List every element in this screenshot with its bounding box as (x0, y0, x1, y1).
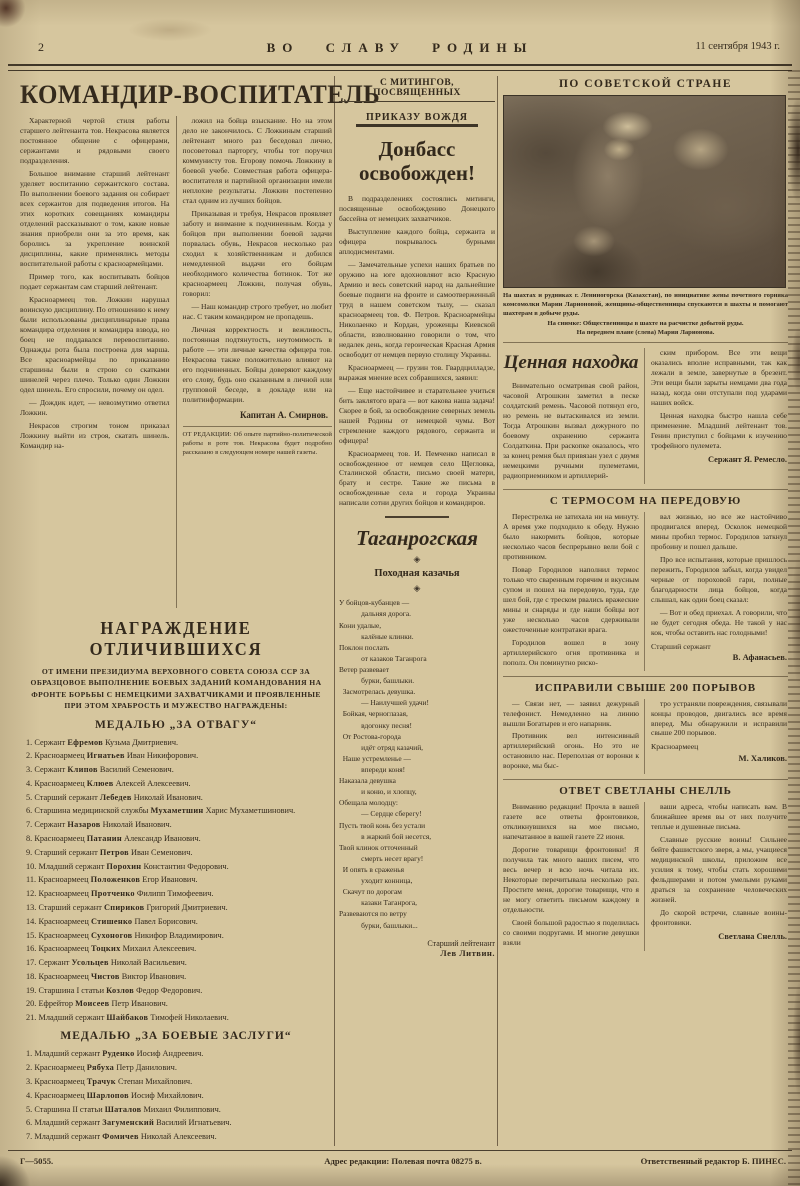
award-name: Кузьма Дмитриевич. (105, 738, 178, 747)
award-rank: Младший сержант (38, 862, 104, 871)
award-rank: Младший сержант (34, 1118, 100, 1127)
paragraph: Городилов вошел в зону артиллерийского о… (503, 638, 639, 668)
paragraph: Повар Городилов наполнил термос только ч… (503, 565, 639, 635)
section-rule (503, 676, 788, 677)
poem-title: Таганрогская (339, 526, 495, 551)
paragraph: До скорой встречи, славные воины-фронтов… (651, 908, 787, 928)
award-rank: Красноармеец (38, 875, 88, 884)
award-name: Егор Иванович. (142, 875, 197, 884)
section-rule (503, 342, 788, 343)
awards-section: НАГРАЖДЕНИЕ ОТЛИЧИВШИХСЯ ОТ ИМЕНИ ПРЕЗИД… (20, 618, 332, 1142)
repairs-subcolumn-1: — Связи нет, — заявил дежурный телефонис… (503, 699, 645, 775)
award-rank: Старшина II статьи (34, 1105, 102, 1114)
paragraph: — Еще настойчивее и старательнее учиться… (339, 386, 495, 446)
award-list-item: 15. Красноармеец Сухоногов Никифор Влади… (20, 930, 332, 941)
award-rank: Красноармеец (38, 944, 88, 953)
right-column: ПО СОВЕТСКОЙ СТРАНЕ На шахтах и рудниках… (503, 78, 788, 951)
thermos-subcolumn-1: Перестрелка не затихала ни на минуту. А … (503, 512, 645, 671)
award-name: Василий Игнатьевич. (156, 1118, 231, 1127)
award-surname: Клюев (87, 779, 114, 788)
award-name: Тимофей Николаевич. (150, 1013, 228, 1022)
award-rank: Красноармеец (34, 834, 84, 843)
award-list-item: 4. Красноармеец Клюев Алексей Алексеевич… (20, 778, 332, 789)
award-name: Николай Иванович. (103, 820, 172, 829)
poem-line: и коню, и хлопцу, (339, 786, 495, 797)
poem-line: Скачут по дорогам (339, 886, 495, 897)
poem-line: впереди коня! (339, 764, 495, 775)
medal-heading-otvaga: МЕДАЛЬЮ „ЗА ОТВАГУ“ (20, 719, 332, 731)
award-rank: Красноармеец (38, 889, 88, 898)
masthead-title: ВО СЛАВУ РОДИНЫ (10, 40, 790, 56)
award-list-item: 1. Сержант Ефремов Кузьма Дмитриевич. (20, 737, 332, 748)
caption-line: На переднем плане (слева) Мария Ларионов… (503, 328, 788, 337)
award-list-item: 14. Красноармеец Стишенко Павел Борисови… (20, 916, 332, 927)
paragraph: Характерной чертой стиля работы старшего… (20, 116, 170, 166)
award-number: 9. (26, 848, 32, 857)
poem-line: Засмотрелась девушка. (339, 686, 495, 697)
poem-line: смерть несет врагу! (339, 853, 495, 864)
award-surname: Стишенко (91, 917, 132, 926)
award-name: Павел Борисович. (134, 917, 197, 926)
svetlana-subcolumn-2: ваши адреса, чтобы написать вам. В ближа… (651, 802, 787, 951)
award-number: 8. (26, 834, 32, 843)
poem-line: Бойкая, черноглазая, (339, 708, 495, 719)
poem-line: Наказала девушка (339, 775, 495, 786)
award-number: 7. (26, 1132, 32, 1141)
section-rule (503, 489, 788, 490)
signature-rank: Красноармеец (651, 742, 787, 752)
award-surname: Протченко (91, 889, 135, 898)
award-surname: Трачук (87, 1077, 116, 1086)
section-separator (385, 516, 449, 518)
award-number: 16. (26, 944, 36, 953)
award-list-item: 10. Младший сержант Порохин Константин Ф… (20, 861, 332, 872)
find-subcolumn-2: ским прибором. Все эти вещи оказались вп… (651, 348, 787, 484)
poem-line: уходит конница, (339, 875, 495, 886)
award-list-item: 3. Красноармеец Трачук Степан Михайлович… (20, 1076, 332, 1087)
award-number: 20. (26, 999, 36, 1008)
award-number: 3. (26, 765, 32, 774)
award-name: Иван Семенович. (131, 848, 192, 857)
poem-line: дальняя дорога. (339, 608, 495, 619)
award-surname: Руденко (102, 1049, 134, 1058)
award-surname: Моисеев (75, 999, 109, 1008)
paragraph: Внимательно осматривая свой район, часов… (503, 381, 639, 481)
paragraph: Противник вел интенсивный артиллерийский… (503, 731, 639, 771)
paragraph: Своей большой радостью я поделилась со с… (503, 918, 639, 948)
award-rank: Младший сержант (38, 1013, 104, 1022)
find-subcolumn-1: Ценная находка Внимательно осматривая св… (503, 348, 645, 484)
award-rank: Красноармеец (38, 931, 88, 940)
awards-title: НАГРАЖДЕНИЕ ОТЛИЧИВШИХСЯ (32, 618, 319, 660)
left-column: КОМАНДИР-ВОСПИТАТЕЛЬ Характерной чертой … (20, 80, 332, 1145)
commander-subcolumn-2: ложил на бойца взыскание. Но на этом дел… (183, 116, 333, 608)
paragraph: Некрасов строгим тоном приказал Ложкину … (20, 421, 170, 451)
kicker-line1: С МИТИНГОВ, ПОСВЯЩЕННЫХ (339, 78, 495, 102)
award-rank: Старшина I статьи (38, 986, 104, 995)
article-signature: Светлана Снелль. (651, 931, 787, 942)
section-heading-soviet-country: ПО СОВЕТСКОЙ СТРАНЕ (503, 78, 788, 90)
poem-line: казаки Таганрога, (339, 897, 495, 908)
award-number: 1. (26, 1049, 32, 1058)
award-number: 18. (26, 972, 36, 981)
award-number: 17. (26, 958, 36, 967)
award-surname: Положенков (91, 875, 141, 884)
poem-line: От Ростова-города (339, 731, 495, 742)
award-number: 21. (26, 1013, 36, 1022)
issue-date: 11 сентября 1943 г. (695, 41, 780, 52)
award-name: Петр Данилович. (116, 1063, 177, 1072)
award-name: Никифор Владимирович. (135, 931, 224, 940)
award-rank: Красноармеец (34, 751, 84, 760)
award-rank: Сержант (34, 820, 65, 829)
photo-caption: На шахтах и рудниках г. Лениногорска (Ка… (503, 291, 788, 337)
page-header: 2 ВО СЛАВУ РОДИНЫ 11 сентября 1943 г. (10, 36, 790, 60)
poem-line: Пусть твой конь без устали (339, 820, 495, 831)
thermos-subcolumn-2: вал жизнью, но все же настойчиво продвиг… (651, 512, 787, 671)
mine-photo (503, 95, 786, 288)
article-thermos: С ТЕРМОСОМ НА ПЕРЕДОВУЮ Перестрелка не з… (503, 495, 788, 671)
award-list-item: 2. Красноармеец Игнатьев Иван Никифорови… (20, 750, 332, 761)
poem-signature-rank: Старший лейтенант (339, 939, 495, 948)
award-rank: Ефрейтор (38, 999, 73, 1008)
award-name: Федор Федорович. (136, 986, 202, 995)
award-list-item: 5. Старший сержант Лебедев Николай Ивано… (20, 792, 332, 803)
award-number: 2. (26, 1063, 32, 1072)
article-title-svetlana: ОТВЕТ СВЕТЛАНЫ СНЕЛЛЬ (503, 785, 788, 797)
award-list-item: 9. Старший сержант Петров Иван Семенович… (20, 847, 332, 858)
award-rank: Старший сержант (34, 793, 97, 802)
award-number: 13. (26, 903, 36, 912)
poem-signature: Старший лейтенант Лев Литвин. (339, 939, 495, 958)
svetlana-subcolumn-1: Вниманию редакции! Прочла в вашей газете… (503, 802, 645, 951)
award-list-item: 20. Ефрейтор Моисеев Петр Иванович. (20, 998, 332, 1009)
award-number: 12. (26, 889, 36, 898)
article-signature: Сержант Я. Ремесло. (651, 454, 787, 465)
award-rank: Старший сержант (34, 848, 97, 857)
award-list-item: 8. Красноармеец Патанин Александр Иванов… (20, 833, 332, 844)
award-rank: Старший сержант (38, 903, 101, 912)
poem-line: от казаков Таганрога (339, 653, 495, 664)
paragraph: — Замечательные успехи наших братьев по … (339, 260, 495, 360)
award-number: 11. (26, 875, 36, 884)
award-name: Григорий Дмитриевич. (146, 903, 227, 912)
article-svetlana: ОТВЕТ СВЕТЛАНЫ СНЕЛЛЬ Вниманию редакции!… (503, 785, 788, 951)
award-list-item: 17. Сержант Усольцев Николай Васильевич. (20, 957, 332, 968)
award-surname: Тоцких (91, 944, 121, 953)
paragraph: — Связи нет, — заявил дежурный телефонис… (503, 699, 639, 729)
article-donbass-body: В подразделениях состоялись митинги, пос… (339, 194, 495, 508)
award-surname: Загуменский (102, 1118, 154, 1127)
award-surname: Клипов (67, 765, 97, 774)
award-surname: Козлов (106, 986, 134, 995)
award-name: Михаил Алексеевич. (123, 944, 197, 953)
award-rank: Красноармеец (34, 1091, 84, 1100)
thermos-paragraphs-2: вал жизнью, но все же настойчиво продвиг… (651, 512, 787, 638)
repairs-subcolumn-2: тро устраняли повреждения, связывали кон… (651, 699, 787, 775)
paragraph: — Дождик идет, — невозмутимо ответил Лож… (20, 398, 170, 418)
award-name: Степан Михайлович. (118, 1077, 192, 1086)
commander-subcolumn-1: Характерной чертой стиля работы старшего… (20, 116, 177, 608)
award-surname: Порохин (106, 862, 141, 871)
newspaper-page: 2 ВО СЛАВУ РОДИНЫ 11 сентября 1943 г. КО… (0, 0, 800, 1186)
middle-column: С МИТИНГОВ, ПОСВЯЩЕННЫХ ПРИКАЗУ ВОЖДЯ До… (339, 78, 495, 958)
poem-body: У бойцов-кубанцев — дальняя дорога.Кони … (339, 597, 495, 930)
poem-subtitle: Походная казачья (339, 568, 495, 579)
paragraph: Пример того, как воспитывать бойцов пода… (20, 272, 170, 292)
award-list-item: 19. Старшина I статьи Козлов Федор Федор… (20, 985, 332, 996)
award-list-item: 11. Красноармеец Положенков Егор Иванови… (20, 874, 332, 885)
award-surname: Шаталов (105, 1105, 142, 1114)
paragraph: Красноармеец тов. И. Пемченко написал в … (339, 449, 495, 509)
award-rank: Сержант (38, 958, 69, 967)
signature-name: В. Афанасьев. (651, 652, 787, 663)
paragraph: вал жизнью, но все же настойчиво продвиг… (651, 512, 787, 552)
poem-line: в жаркий бой несется, (339, 831, 495, 842)
award-number: 5. (26, 1105, 32, 1114)
award-surname: Назаров (67, 820, 100, 829)
paragraph: тро устраняли повреждения, связывали кон… (651, 699, 787, 739)
editor-name: Ответственный редактор Б. ПИНЕС. (641, 1156, 786, 1166)
award-number: 5. (26, 793, 32, 802)
paragraph: ским прибором. Все эти вещи оказались вп… (651, 348, 787, 408)
award-list-item: 6. Младший сержант Загуменский Василий И… (20, 1117, 332, 1128)
award-surname: Петров (100, 848, 129, 857)
poem-line: идёт отряд казачий, (339, 742, 495, 753)
award-rank: Младший сержант (34, 1132, 100, 1141)
paragraph: Личная корректность и вежливость, постоя… (183, 325, 333, 405)
poem-line: бурки, башлыки... (339, 920, 495, 931)
award-rank: Красноармеец (34, 1063, 84, 1072)
award-number: 4. (26, 779, 32, 788)
caption-line: На шахтах и рудниках г. Лениногорска (Ка… (503, 291, 788, 319)
award-rank: Старшина медицинской службы (34, 806, 148, 815)
diamond-ornament-icon: ◈ (339, 554, 495, 565)
award-rank: Сержант (34, 765, 65, 774)
poem-line: — Сердце сберегу! (339, 808, 495, 819)
column-divider (334, 76, 335, 1146)
article-signature: Капитан А. Смирнов. (183, 410, 329, 422)
poem-line: Кони удалые, (339, 620, 495, 631)
header-rule (8, 64, 792, 71)
award-number: 2. (26, 751, 32, 760)
paragraph: — Наш командир строго требует, но любит … (183, 302, 333, 322)
paragraph: Выступление каждого бойца, сержанта и оф… (339, 227, 495, 257)
poem-line: Развеваются по ветру (339, 908, 495, 919)
award-number: 10. (26, 862, 36, 871)
award-name: Василий Семенович. (100, 765, 174, 774)
award-surname: Сухоногов (91, 931, 133, 940)
award-name: Михаил Филиппович. (143, 1105, 220, 1114)
award-list-item: 16. Красноармеец Тоцких Михаил Алексееви… (20, 943, 332, 954)
award-list-item: 21. Младший сержант Шайбаков Тимофей Ник… (20, 1012, 332, 1023)
signature-rank: Старший сержант (651, 642, 787, 652)
article-title-thermos: С ТЕРМОСОМ НА ПЕРЕДОВУЮ (503, 495, 788, 507)
paragraph: Большое внимание старший лейтенант уделя… (20, 169, 170, 269)
award-number: 3. (26, 1077, 32, 1086)
award-rank: Младший сержант (34, 1049, 100, 1058)
award-list-item: 7. Сержант Назаров Николай Иванович. (20, 819, 332, 830)
award-rank: Красноармеец (38, 917, 88, 926)
caption-line: На снимке: Общественницы в шахте на расч… (503, 319, 788, 328)
paragraph: Красноармеец тов. Ложкин нарушал воинску… (20, 295, 170, 395)
poem-line: калёные клинки. (339, 631, 495, 642)
column-divider (497, 76, 498, 1146)
award-list-item: 3. Сержант Клипов Василий Семенович. (20, 764, 332, 775)
poem-line: У бойцов-кубанцев — (339, 597, 495, 608)
commander-subcolumn-2-paragraphs: ложил на бойца взыскание. Но на этом дел… (183, 116, 333, 405)
award-surname: Ефремов (67, 738, 103, 747)
find-paragraphs-2: ским прибором. Все эти вещи оказались вп… (651, 348, 787, 451)
award-number: 1. (26, 738, 32, 747)
poem-line: Твой клинок отточенный (339, 842, 495, 853)
award-list-item: 18. Красноармеец Чистов Виктор Иванович. (20, 971, 332, 982)
award-name: Иосиф Андреевич. (137, 1049, 204, 1058)
paragraph: Славные русские воины! Сильнее бейте фаш… (651, 835, 787, 905)
award-name: Алексей Алексеевич. (116, 779, 191, 788)
find-paragraphs-1: Внимательно осматривая свой район, часов… (503, 381, 639, 481)
award-surname: Мухаметшин (150, 806, 203, 815)
poem-line: бурки, башлыки. (339, 675, 495, 686)
award-surname: Чистов (91, 972, 120, 981)
signature-name: М. Халиков. (651, 753, 787, 764)
award-name: Виктор Иванович. (122, 972, 186, 981)
award-surname: Патанин (87, 834, 122, 843)
award-number: 7. (26, 820, 32, 829)
article-commander-body: Характерной чертой стиля работы старшего… (20, 116, 332, 608)
medal-heading-zaslugi: МЕДАЛЬЮ „ЗА БОЕВЫЕ ЗАСЛУГИ“ (20, 1030, 332, 1042)
award-list-item: 5. Старшина II статьи Шаталов Михаил Фил… (20, 1104, 332, 1115)
award-name: Харис Мухаметшинович. (206, 806, 296, 815)
award-name: Николай Васильевич. (111, 958, 187, 967)
award-number: 14. (26, 917, 36, 926)
article-title-repairs: ИСПРАВИЛИ СВЫШЕ 200 ПОРЫВОВ (503, 682, 788, 694)
section-rule (503, 779, 788, 780)
award-name: Николай Иванович. (134, 793, 203, 802)
paragraph: ложил на бойца взыскание. Но на этом дел… (183, 116, 333, 206)
award-rank: Сержант (34, 738, 65, 747)
award-surname: Лебедев (100, 793, 132, 802)
paragraph: Красноармеец — грузин тов. Гвардцилладзе… (339, 363, 495, 383)
paragraph: В подразделениях состоялись митинги, пос… (339, 194, 495, 224)
award-list-item: 6. Старшина медицинской службы Мухаметши… (20, 805, 332, 816)
kicker-line2-wrap: ПРИКАЗУ ВОЖДЯ (339, 107, 495, 127)
award-list-item: 7. Младший сержант Фомичев Николай Алекс… (20, 1131, 332, 1142)
poem-line: Ветер развевает (339, 664, 495, 675)
award-name: Иосиф Михайлович. (131, 1091, 204, 1100)
poem-line: И опять в сраженья (339, 864, 495, 875)
award-list-item: 4. Красноармеец Шарлопов Иосиф Михайлови… (20, 1090, 332, 1101)
award-list-item: 2. Красноармеец Рябуха Петр Данилович. (20, 1062, 332, 1073)
award-name: Филипп Тимофеевич. (137, 889, 214, 898)
editor-note: ОТ РЕДАКЦИИ: Об опыте партийно-политичес… (183, 426, 333, 457)
paragraph: Ценная находка быстро нашла себе примене… (651, 411, 787, 451)
award-surname: Спириков (104, 903, 144, 912)
award-surname: Шарлопов (87, 1091, 129, 1100)
article-title-commander: КОМАНДИР-ВОСПИТАТЕЛЬ (20, 80, 320, 110)
award-surname: Рябуха (87, 1063, 114, 1072)
diamond-ornament-icon: ◈ (339, 583, 495, 594)
article-title-find: Ценная находка (503, 350, 639, 375)
award-surname: Игнатьев (87, 751, 125, 760)
paragraph: Про все испытания, которые пришлось пере… (651, 555, 787, 605)
paragraph: Перестрелка не затихала ни на минуту. А … (503, 512, 639, 562)
adjacent-page-bleed (788, 70, 800, 1186)
article-find: Ценная находка Внимательно осматривая св… (503, 348, 788, 484)
award-surname: Фомичев (102, 1132, 139, 1141)
award-rank: Красноармеец (34, 1077, 84, 1086)
award-name: Иван Никифорович. (127, 751, 198, 760)
repairs-paragraphs-2: тро устраняли повреждения, связывали кон… (651, 699, 787, 739)
poem-line: Поклон послать (339, 642, 495, 653)
award-name: Николай Алексеевич. (141, 1132, 217, 1141)
award-surname: Усольцев (71, 958, 108, 967)
award-number: 15. (26, 931, 36, 940)
paragraph: ваши адреса, чтобы написать вам. В ближа… (651, 802, 787, 832)
award-rank: Красноармеец (34, 779, 84, 788)
kicker-line2: ПРИКАЗУ ВОЖДЯ (356, 110, 478, 127)
award-number: 4. (26, 1091, 32, 1100)
poem-line: — Наилучшей удачи! (339, 697, 495, 708)
poem-line: Наше устремленье — (339, 753, 495, 764)
paragraph: Дорогие товарищи фронтовики! Я получила … (503, 845, 639, 915)
paragraph: Приказывая и требуя, Некрасов проявляет … (183, 209, 333, 299)
article-title-donbass: Донбасс освобожден! (339, 137, 495, 185)
svetlana-paragraphs-2: ваши адреса, чтобы написать вам. В ближа… (651, 802, 787, 928)
paragraph: — Вот и обед приехал. А говорили, что не… (651, 608, 787, 638)
award-list-item: 13. Старший сержант Спириков Григорий Дм… (20, 902, 332, 913)
footer-rule (8, 1150, 792, 1151)
award-name: Александр Иванович. (124, 834, 201, 843)
award-rank: Красноармеец (38, 972, 88, 981)
award-name: Петр Иванович. (112, 999, 168, 1008)
award-list-zaslugi: 1. Младший сержант Руденко Иосиф Андреев… (20, 1048, 332, 1142)
award-number: 6. (26, 806, 32, 815)
award-list-otvaga: 1. Сержант Ефремов Кузьма Дмитриевич.2. … (20, 737, 332, 1024)
poem-line: вдогонку песня! (339, 720, 495, 731)
award-list-item: 1. Младший сержант Руденко Иосиф Андреев… (20, 1048, 332, 1059)
award-number: 19. (26, 986, 36, 995)
article-repairs: ИСПРАВИЛИ СВЫШЕ 200 ПОРЫВОВ — Связи нет,… (503, 682, 788, 775)
award-number: 6. (26, 1118, 32, 1127)
poem-signature-name: Лев Литвин. (440, 948, 495, 958)
poem-line: Обещала молодцу: (339, 797, 495, 808)
award-list-item: 12. Красноармеец Протченко Филипп Тимофе… (20, 888, 332, 899)
award-surname: Шайбаков (106, 1013, 148, 1022)
award-name: Константин Федорович. (143, 862, 228, 871)
awards-preamble: ОТ ИМЕНИ ПРЕЗИДИУМА ВЕРХОВНОГО СОВЕТА СО… (22, 666, 330, 712)
paragraph: Вниманию редакции! Прочла в вашей газете… (503, 802, 639, 842)
